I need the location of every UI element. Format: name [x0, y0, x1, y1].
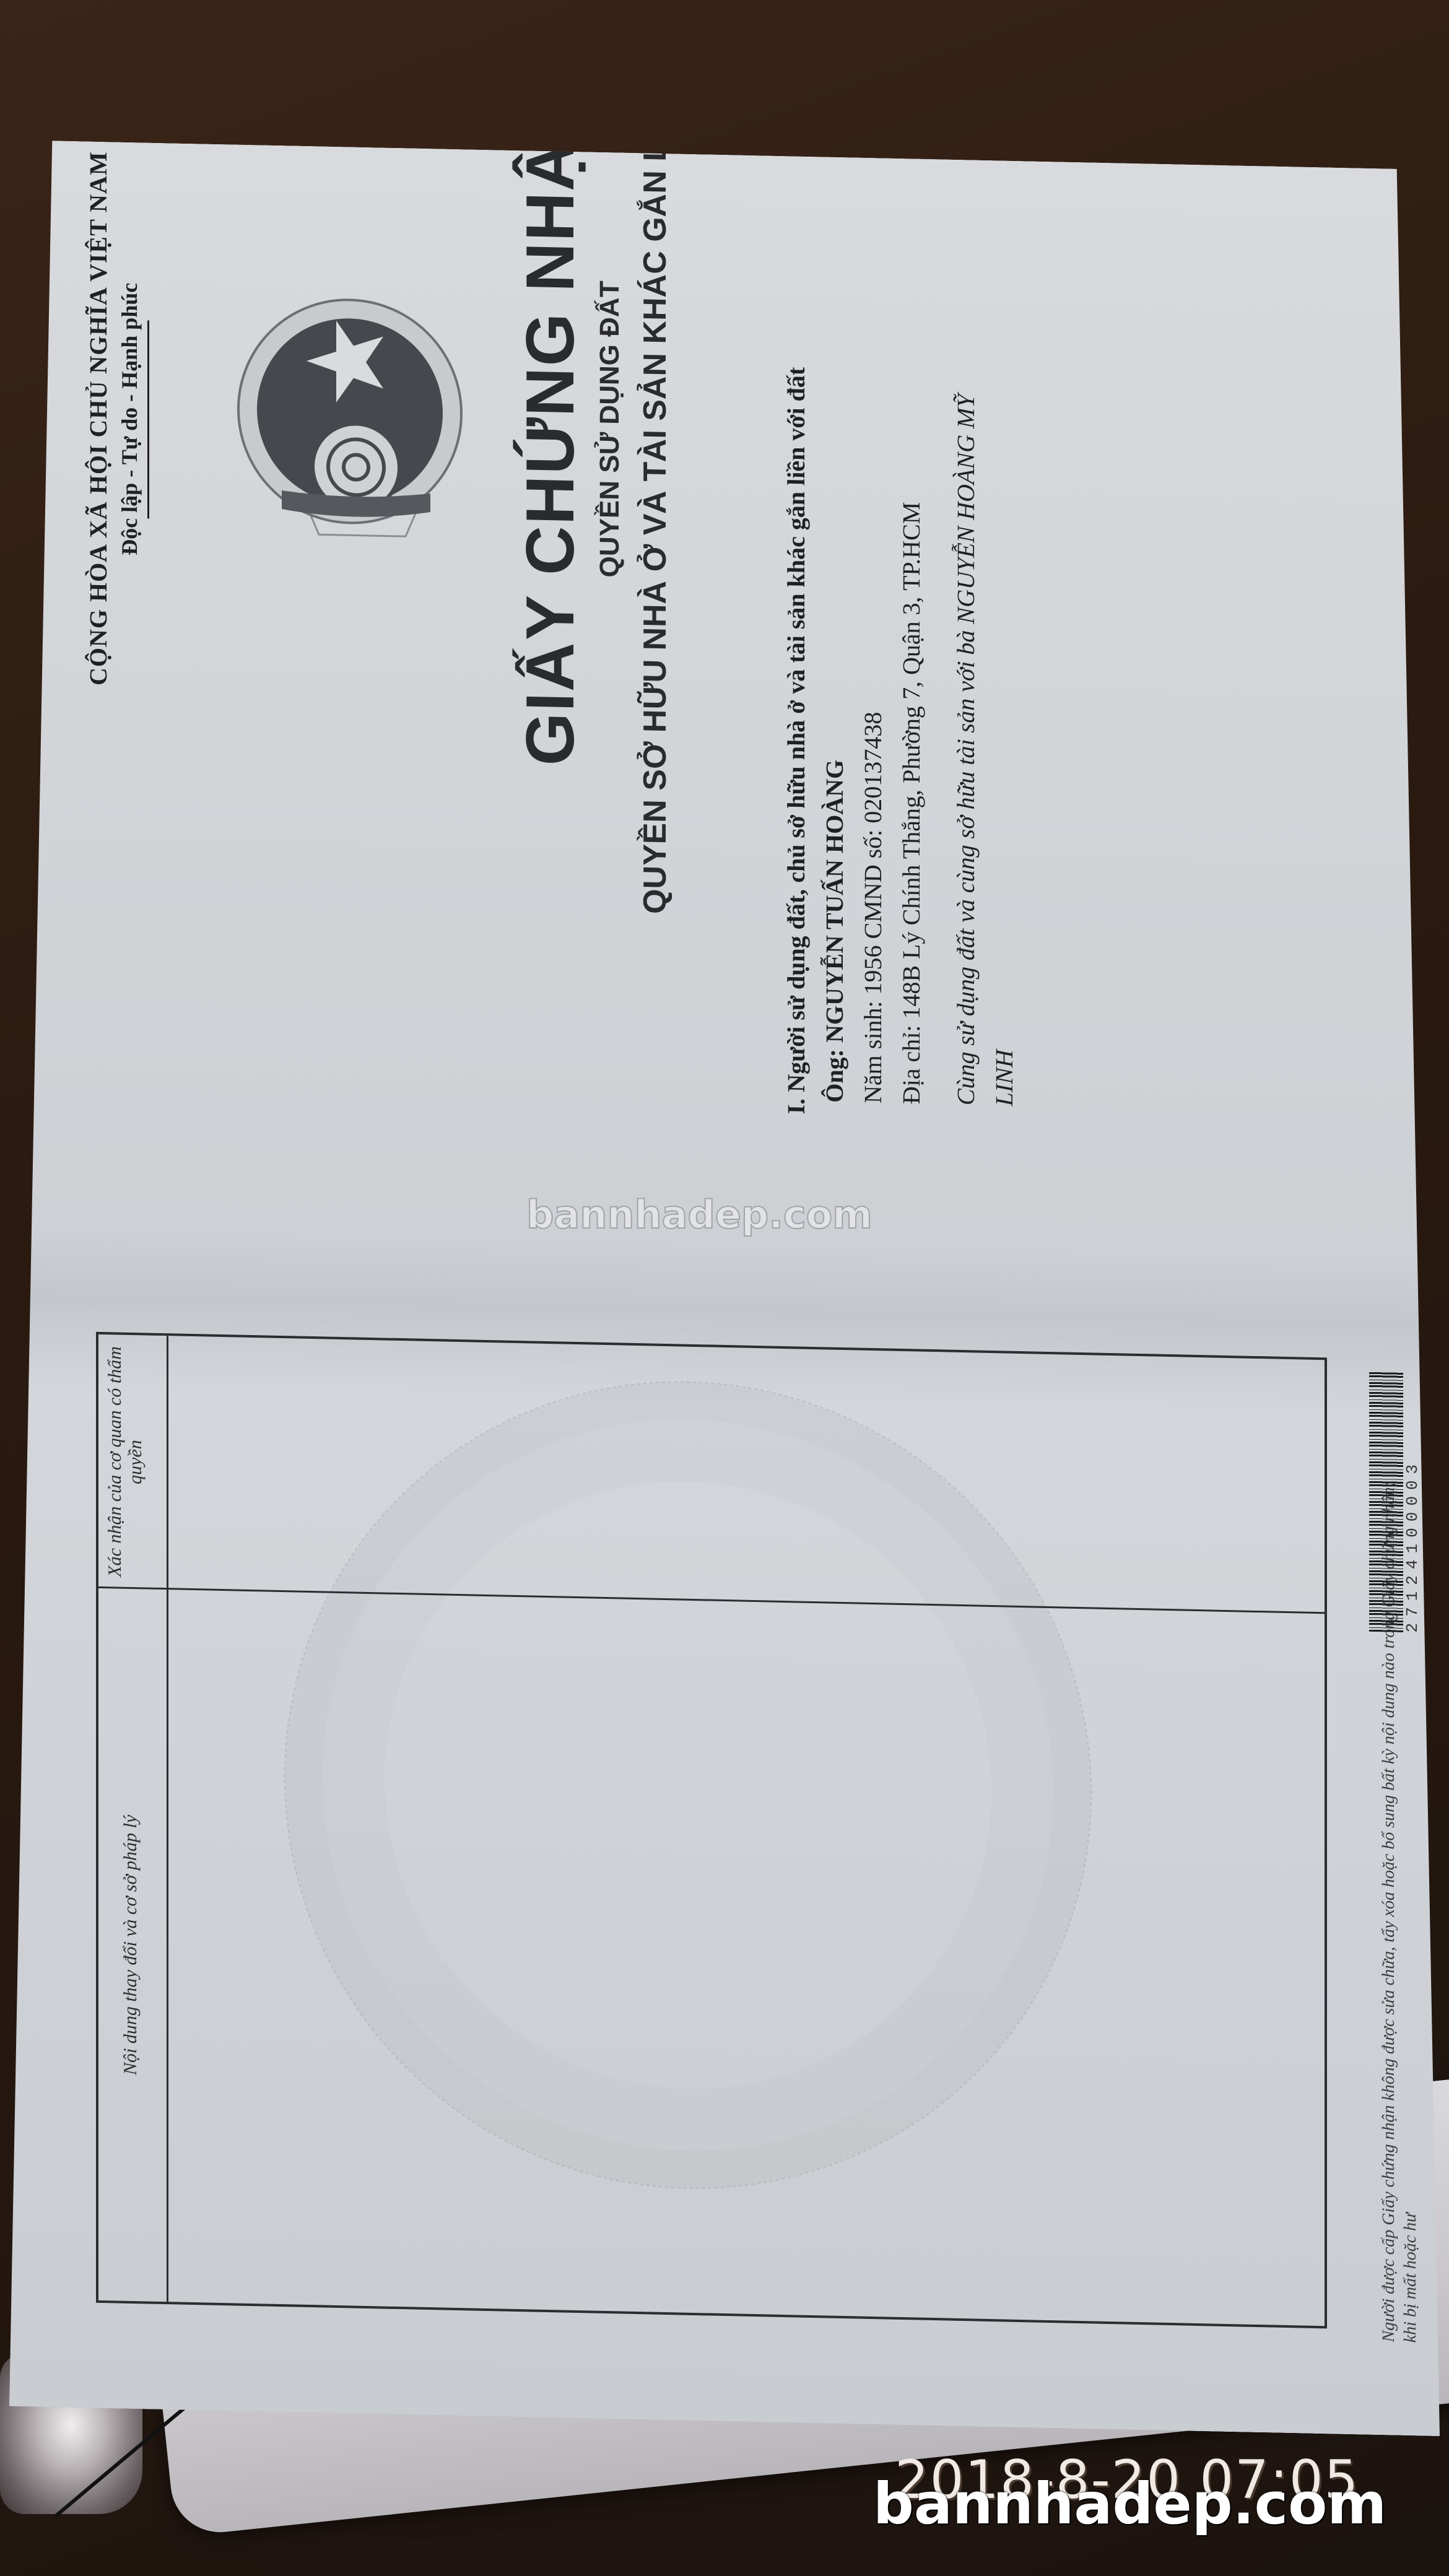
co-owner-line-2: LINH — [985, 66, 1024, 1107]
co-owner-line: Cùng sử dụng đất và cùng sở hữu tài sản … — [947, 64, 985, 1105]
watermark-center: bannhadep.com — [526, 1192, 872, 1237]
motto-underline — [147, 320, 149, 518]
watermark-bottom: bannhadep.com — [873, 2471, 1386, 2537]
emblem-watermark-icon — [284, 1373, 1092, 2197]
barcode-icon — [1369, 1372, 1403, 1632]
owner-birth-id: Năm sinh: 1956 CMND số: 020137438 — [854, 63, 892, 1103]
barcode-number: 27124100003 — [1403, 1372, 1422, 1633]
certificate-title: GIẤY CHỨNG NHẬN — [511, 0, 590, 1153]
table-header: Nội dung thay đổi và cơ sở pháp lý Xác n… — [98, 1334, 168, 2302]
document-photo: Nội dung thay đổi và cơ sở pháp lý Xác n… — [0, 0, 1449, 2576]
owner-section: I. Người sử dụng đất, chủ sở hữu nhà ở v… — [777, 61, 1024, 1119]
owner-section-heading: I. Người sử dụng đất, chủ sở hữu nhà ở v… — [777, 61, 816, 1115]
column-header-changes: Nội dung thay đổi và cơ sở pháp lý — [120, 1589, 141, 2302]
certificate-front-page: CỘNG HÒA XÃ HỘI CHỦ NGHĨA VIỆT NAM Độc l… — [9, 140, 1440, 1258]
certificate-subtitle-land: QUYỀN SỬ DỤNG ĐẤT — [594, 0, 625, 1154]
certificate-title-block: GIẤY CHỨNG NHẬN QUYỀN SỬ DỤNG ĐẤT QUYỀN … — [511, 0, 674, 1155]
land-use-certificate: Nội dung thay đổi và cơ sở pháp lý Xác n… — [9, 140, 1440, 2436]
national-emblem-icon — [226, 285, 486, 563]
certificate-subtitle-house: QUYỀN SỞ HỮU NHÀ Ở VÀ TÀI SẢN KHÁC GẮN L… — [637, 0, 674, 1155]
column-header-confirmation: Xác nhận của cơ quan có thẩm quyền — [105, 1334, 146, 1589]
barcode: 27124100003 — [1369, 1372, 1425, 1633]
certificate-back-page: Nội dung thay đổi và cơ sở pháp lý Xác n… — [9, 1318, 1440, 2436]
owner-address: Địa chỉ: 148B Lý Chính Thắng, Phường 7, … — [892, 63, 931, 1104]
changes-table: Nội dung thay đổi và cơ sở pháp lý Xác n… — [96, 1332, 1327, 2329]
owner-name: Ông: NGUYỄN TUẤN HOÀNG — [816, 62, 854, 1103]
nation-motto: Độc lập - Tự do - Hạnh phúc — [116, 78, 142, 760]
national-heading: CỘNG HÒA XÃ HỘI CHỦ NGHĨA VIỆT NAM Độc l… — [84, 77, 149, 760]
nation-name: CỘNG HÒA XÃ HỘI CHỦ NGHĨA VIỆT NAM — [84, 77, 113, 759]
